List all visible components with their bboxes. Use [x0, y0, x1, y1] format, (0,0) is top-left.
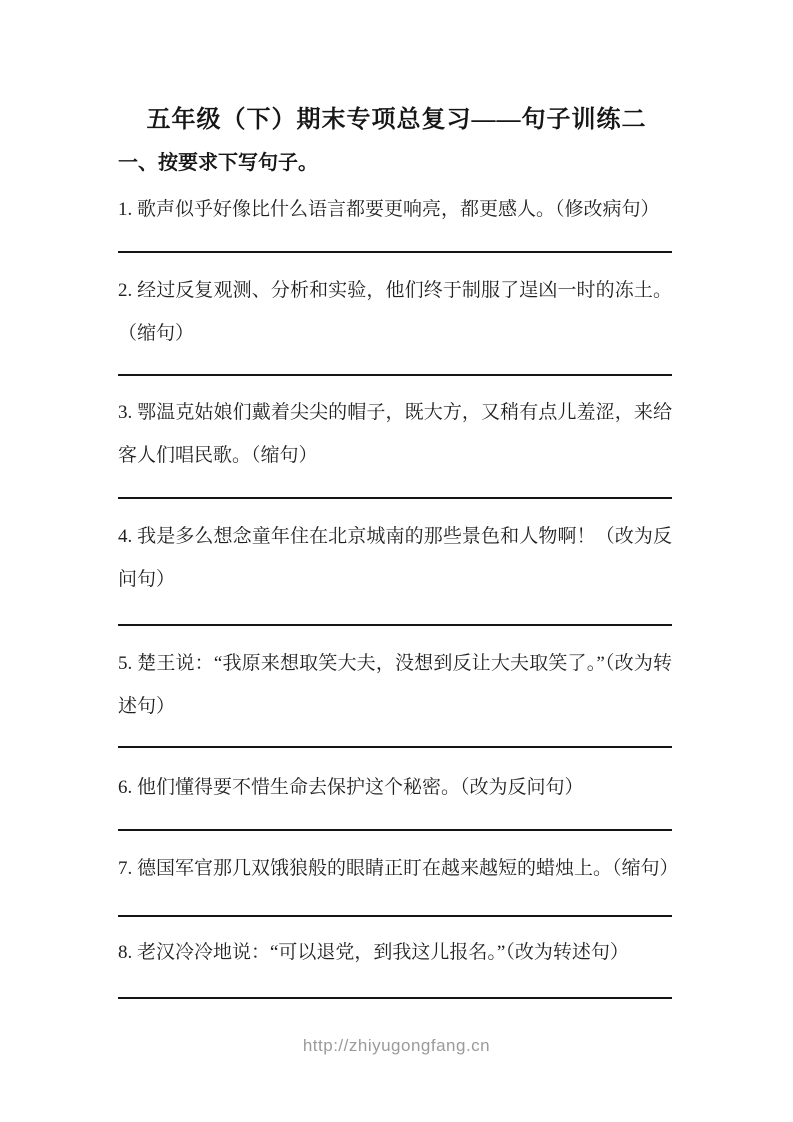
answer-line-3 — [118, 497, 672, 499]
question-item-1: 1. 歌声似乎好像比什么语言都要更响亮，都更感人。（修改病句） — [118, 188, 672, 231]
question-item-7: 7. 德国军官那几双饿狼般的眼睛正盯在越来越短的蜡烛上。（缩句） — [118, 847, 672, 890]
question-item-8: 8. 老汉冷冷地说：“可以退党，到我这儿报名。”（改为转述句） — [118, 931, 672, 974]
question-item-5: 5. 楚王说：“我原来想取笑大夫，没想到反让大夫取笑了。”（改为转述句） — [118, 642, 672, 728]
section-heading: 一、按要求下写句子。 — [118, 146, 672, 175]
page-title: 五年级（下）期末专项总复习——句子训练二 — [0, 99, 793, 134]
question-item-6: 6. 他们懂得要不惜生命去保护这个秘密。（改为反问句） — [118, 766, 672, 809]
answer-line-5 — [118, 746, 672, 748]
answer-line-6 — [118, 829, 672, 831]
answer-line-8 — [118, 997, 672, 999]
question-item-3: 3. 鄂温克姑娘们戴着尖尖的帽子，既大方，又稍有点儿羞涩，来给客人们唱民歌。（缩… — [118, 391, 672, 477]
footer-url: http://zhiyugongfang.cn — [0, 1036, 793, 1056]
answer-line-4 — [118, 624, 672, 626]
question-item-2: 2. 经过反复观测、分析和实验，他们终于制服了逞凶一时的冻土。（缩句） — [118, 269, 672, 355]
worksheet-page: 五年级（下）期末专项总复习——句子训练二 一、按要求下写句子。 1. 歌声似乎好… — [0, 0, 793, 1122]
question-item-4: 4. 我是多么想念童年住在北京城南的那些景色和人物啊！（改为反问句） — [118, 515, 672, 601]
answer-line-1 — [118, 251, 672, 253]
answer-line-7 — [118, 915, 672, 917]
answer-line-2 — [118, 374, 672, 376]
